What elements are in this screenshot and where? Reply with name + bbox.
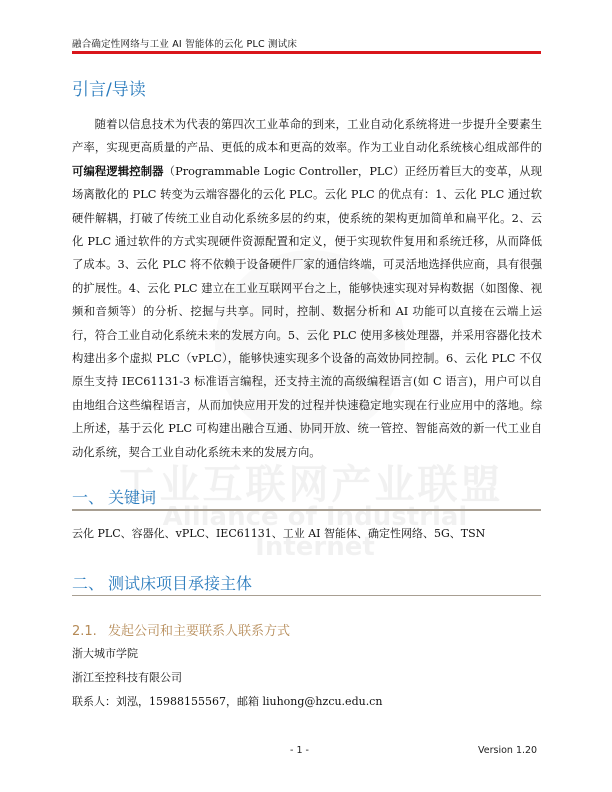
section-heading-keywords: 一、关键词 — [72, 485, 156, 508]
intro-text-part1: 随着以信息技术为代表的第四次工业革命的到来，工业自动化系统将进一步提升全要素生产… — [72, 118, 542, 154]
organization-line: 浙大城市学院 — [72, 645, 138, 661]
section-heading-entities: 二、测试床项目承接主体 — [72, 571, 252, 594]
section-title: 测试床项目承接主体 — [108, 574, 252, 593]
intro-heading: 引言/导读 — [72, 75, 146, 100]
keywords-text: 云化 PLC、容器化、vPLC、IEC61131、工业 AI 智能体、确定性网络… — [72, 525, 485, 541]
version-label: Version 1.20 — [478, 745, 537, 756]
running-header-title: 融合确定性网络与工业 AI 智能体的云化 PLC 测试床 — [72, 36, 297, 50]
document-page: 融合确定性网络与工业 AI 智能体的云化 PLC 测试床 引言/导读 随着以信息… — [0, 0, 612, 792]
section-rule — [72, 509, 541, 511]
bold-term-plc: 可编程逻辑控制器 — [72, 165, 164, 178]
page-number: - 1 - — [290, 745, 309, 756]
intro-text-part2: （Programmable Logic Controller，PLC）正经历着巨… — [72, 165, 542, 459]
section-number: 一、 — [72, 485, 108, 508]
section-rule — [72, 595, 541, 596]
organization-line: 浙江至控科技有限公司 — [72, 669, 182, 685]
intro-paragraph: 随着以信息技术为代表的第四次工业革命的到来，工业自动化系统将进一步提升全要素生产… — [72, 113, 542, 464]
contact-line: 联系人：刘泓，15988155567，邮箱 liuhong@hzcu.edu.c… — [72, 693, 382, 709]
subsection-heading-contacts: 2.1.发起公司和主要联系人联系方式 — [72, 620, 290, 639]
section-number: 二、 — [72, 571, 108, 594]
subsection-number: 2.1. — [72, 624, 108, 639]
subsection-title: 发起公司和主要联系人联系方式 — [108, 624, 290, 639]
section-title: 关键词 — [108, 488, 156, 507]
header-rule — [72, 51, 541, 54]
